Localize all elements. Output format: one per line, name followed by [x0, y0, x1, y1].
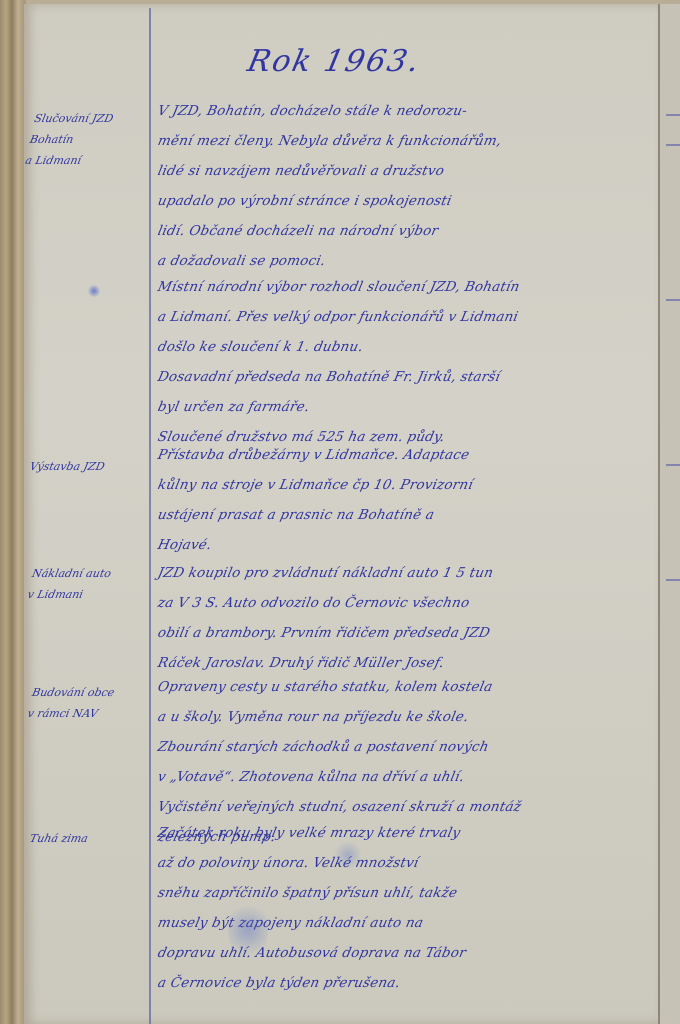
text-line: a Černovice byla týden přerušena. [155, 968, 651, 998]
text-line: Přístavba drůbežárny v Lidmaňce. Adaptac… [155, 440, 651, 470]
page-title: Rok 1963. [244, 44, 424, 79]
text-line: až do poloviny února. Velké množství [155, 848, 651, 878]
text-line: lidí. Občané docházeli na národní výbor [155, 216, 651, 246]
text-line: Začátek roku byly velké mrazy které trva… [155, 818, 651, 848]
ink-blot [88, 284, 100, 298]
margin-note-line: a Lidmaní [23, 150, 142, 171]
text-line: Dosavadní předseda na Bohatíně Fr. Jirků… [155, 362, 651, 392]
text-line: a Lidmaní. Přes velký odpor funkcionářů … [155, 302, 651, 332]
text-line: lidé si navzájem nedůvěřovali a družstvo [155, 156, 651, 186]
text-line: Místní národní výbor rozhodl sloučení JZ… [155, 272, 651, 302]
margin-note-line: Budování obce [30, 682, 149, 703]
entry-merger-background: V JZD, Bohatín, docházelo stále k nedoro… [158, 96, 648, 276]
text-line: sněhu zapříčinilo špatný přísun uhlí, ta… [155, 878, 651, 908]
text-line: mění mezi členy. Nebyla důvěra k funkcio… [155, 126, 651, 156]
entry-construction: Přístavba drůbežárny v Lidmaňce. Adaptac… [158, 440, 648, 560]
text-line: Hojavé. [155, 530, 651, 560]
text-line: a u školy. Vyměna rour na příjezdu ke šk… [155, 702, 651, 732]
book-binding [0, 0, 26, 1024]
margin-note-harsh-winter: Tuhá zima [28, 828, 147, 849]
text-line: obilí a brambory. Prvním řidičem předsed… [155, 618, 651, 648]
margin-note-line: v Lidmani [26, 584, 145, 605]
text-line: JZD koupilo pro zvládnutí nákladní auto … [155, 558, 651, 588]
entry-harsh-winter: Začátek roku byly velké mrazy které trva… [158, 818, 648, 998]
text-line: byl určen za farmáře. [155, 392, 651, 422]
entry-truck: JZD koupilo pro zvládnutí nákladní auto … [158, 558, 648, 678]
ink-smudge [228, 900, 268, 960]
margin-note-line: Bohatín [28, 129, 147, 150]
margin-note-line: v rámci NAV [26, 703, 145, 724]
text-line: Zbourání starých záchodků a postavení no… [155, 732, 651, 762]
margin-rule [149, 8, 151, 1024]
margin-note-merger: Slučování JZD Bohatín a Lidmaní [23, 108, 151, 171]
text-line: v „Votavě“. Zhotovena kůlna na dříví a u… [155, 762, 651, 792]
text-line: došlo ke sloučení k 1. dubnu. [155, 332, 651, 362]
margin-note-line: Tuhá zima [28, 828, 147, 849]
text-line: za V 3 S. Auto odvozilo do Černovic všec… [155, 588, 651, 618]
margin-note-truck: Nákladní auto v Lidmani [26, 563, 150, 605]
text-line: upadalo po výrobní stránce i spokojenost… [155, 186, 651, 216]
text-line: V JZD, Bohatín, docházelo stále k nedoro… [155, 96, 651, 126]
margin-note-village-building: Budování obce v rámci NAV [26, 682, 150, 724]
margin-note-line: Slučování JZD [32, 108, 151, 129]
margin-note-line: Nákladní auto [30, 563, 149, 584]
ink-smudge [335, 840, 361, 870]
entry-merger-decision: Místní národní výbor rozhodl sloučení JZ… [158, 272, 648, 452]
next-page-edge [658, 4, 680, 1024]
text-line: Opraveny cesty u starého statku, kolem k… [155, 672, 651, 702]
text-line: kůlny na stroje v Lidmaňce čp 10. Proviz… [155, 470, 651, 500]
margin-note-line: Výstavba JZD [28, 456, 147, 477]
text-line: ustájení prasat a prasnic na Bohatíně a [155, 500, 651, 530]
margin-note-construction: Výstavba JZD [28, 456, 147, 477]
